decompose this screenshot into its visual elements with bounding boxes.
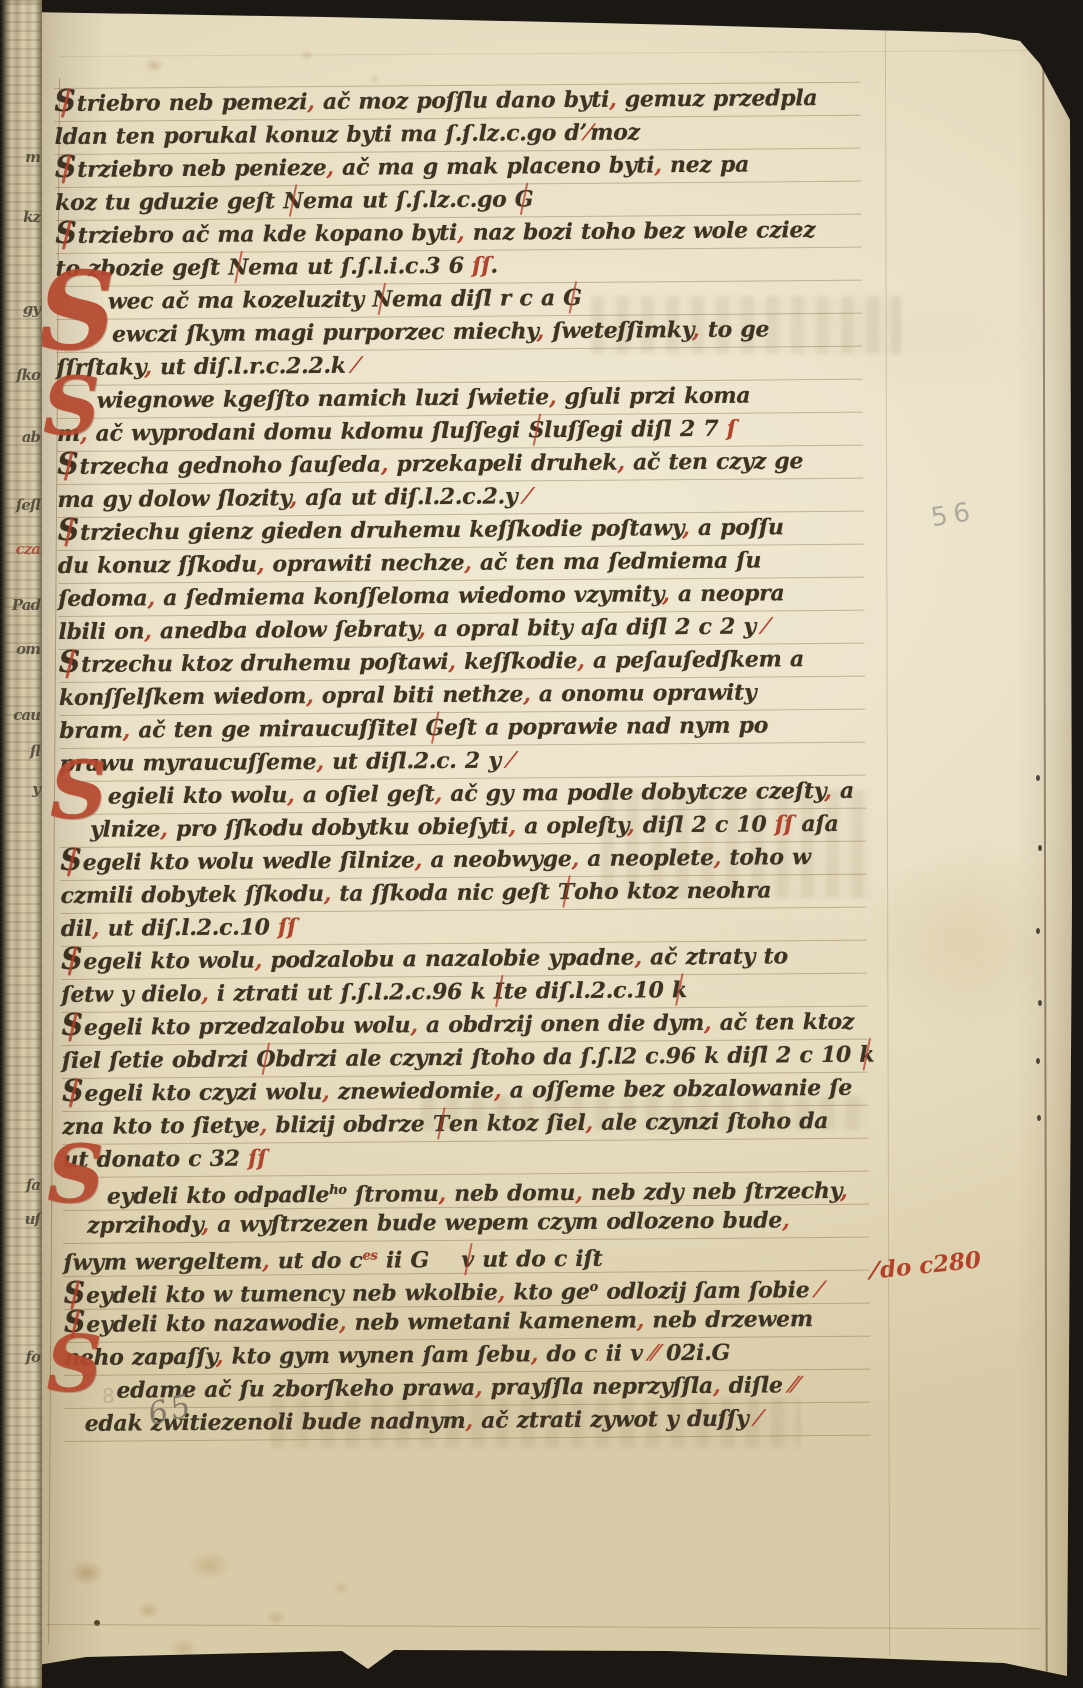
manuscript-lines: Striebro neb pemezi, ač moz poſſlu dano … [54, 82, 871, 1442]
script-text: te diſ.l.2.c.10 [504, 977, 672, 1004]
script-text: neb domu [446, 1180, 576, 1207]
script-text: S [57, 452, 79, 478]
script-text: ta ſſkoda nic geſt [331, 879, 558, 907]
script-text: trziebro neb penieze [77, 155, 326, 183]
edge-text-fragment: uſ [25, 1210, 40, 1228]
script-text: a neoplete [579, 845, 714, 872]
script-text: pro ſſkodu dobytku obieſyti [167, 813, 508, 842]
script-text: ut do c iſt [474, 1246, 603, 1273]
script-text: diſl 2 c 10 [634, 811, 774, 838]
script-text: ii G [377, 1247, 429, 1273]
script-text: oprawiti nechze [264, 550, 464, 578]
script-text: ldan ten porukal konuz byti ma ſ.ſ.lz.c.… [54, 120, 586, 150]
script-text: eydeli kto odpadle [107, 1182, 330, 1210]
edge-text-fragment: fo [26, 1348, 40, 1366]
script-text: neb wmetani kamenem [346, 1307, 637, 1335]
script-text: a ſedmiema konſſeloma wiedomo vzymity [155, 581, 663, 611]
rubric-mark: ſſ [472, 253, 491, 279]
script-text: S [58, 518, 80, 544]
script-text: edak zwitiezenoli bude nadnym [85, 1408, 466, 1437]
script-text: toho w [721, 844, 811, 871]
script-text: S [55, 221, 77, 247]
edge-text-fragment: ſeſl [16, 496, 40, 514]
script-text: oho ktoz neohra [574, 877, 771, 905]
script-text: ma gy dolow ſlozity [57, 485, 289, 513]
script-text [429, 1247, 462, 1273]
script-text: a oſſeme bez obzalowanie ſe [501, 1075, 852, 1104]
script-text: i ztrati ut ſ.ſ.l.2.c.96 k [208, 979, 493, 1007]
script-text: a opleſty [516, 813, 627, 840]
manuscript-line: eydeli kto odpadleho ſtromu, neb domu, n… [63, 1171, 869, 1210]
script-text: egeli kto przedzalobu wolu [84, 1012, 411, 1041]
script-text: wec ač ma kozeluzity [108, 287, 373, 315]
script-text: keſſkodie [456, 648, 578, 675]
script-text: moz [590, 119, 640, 145]
script-text: T [433, 1109, 449, 1139]
edge-text-fragment: Pad [12, 596, 40, 614]
script-text: trziebro ač ma kde kopano byti [78, 220, 457, 249]
script-text: ač moz poſſlu dano byti [315, 87, 610, 115]
script-text: dil [61, 916, 92, 942]
rubric-mark: ſſ [775, 811, 794, 837]
script-text: du konuz ſſkodu [58, 551, 257, 579]
script-text: a poſſu [689, 514, 783, 541]
illuminated-initial: S [46, 1326, 103, 1404]
script-text: anedba dolow ſebraty [151, 616, 418, 644]
ghost-numeral: 8 [102, 1384, 115, 1408]
rubric-mark: ⁄ [756, 613, 768, 639]
script-text: ſtromu [347, 1181, 439, 1208]
script-text: T [558, 877, 574, 907]
rubric-mark: ⁄ [501, 747, 513, 773]
script-text: ač gy ma podle dobytcze czeſty [442, 778, 824, 807]
script-text: N [228, 253, 248, 283]
script-text: opral biti nethze [313, 681, 523, 709]
script-text: S [59, 650, 81, 676]
edge-text-fragment: ab [22, 428, 40, 446]
script-text: N [372, 284, 392, 314]
script-text: G [563, 283, 582, 313]
script-text: podzalobu a nazalobie ypadne [262, 944, 635, 973]
script-text: trzecha gednoho ſauſeda [79, 451, 380, 479]
script-text: ſedoma [58, 585, 147, 612]
script-text: en ktoz ſiel [449, 1110, 586, 1137]
rubric-mark: ⁄ [748, 1406, 760, 1432]
script-text: ač ztrati zywot y duſſy [473, 1406, 749, 1434]
edge-text-fragment: ſa [26, 1176, 40, 1194]
script-text: blizij obdrze [267, 1111, 433, 1138]
book-fore-edge: mkzgyſkoabſeſlczaPadomcauſlyſauſfo [0, 0, 42, 1688]
rubric-mark: ⁄ [526, 483, 530, 509]
illuminated-initial: S [38, 258, 117, 367]
manuscript-photograph: { "colors": { "red": "#b0452e", "ink": "… [0, 0, 1083, 1688]
script-text: gemuz przedpla [616, 85, 817, 113]
script-text: S [64, 1281, 86, 1307]
illuminated-initial: S [42, 366, 100, 446]
script-text: v [461, 1245, 474, 1275]
script-text: bram [59, 718, 123, 744]
edge-text-fragment: cau [13, 706, 40, 724]
script-text: a peſauſedſkem a [584, 646, 804, 674]
script-text: ač ma g mak placeno byti [334, 152, 655, 181]
rubric-mark: , [840, 1178, 848, 1204]
script-text: a wyſtrzezen bude wepem czym odlozeno bu… [209, 1207, 782, 1238]
script-text: to ge [699, 316, 769, 343]
script-text: k [672, 975, 687, 1005]
script-text: a [831, 778, 854, 804]
script-text: lbili on [58, 618, 144, 645]
rubric-mark: ⁄⁄ [791, 1372, 798, 1398]
script-text: ač ten ktoz [711, 1009, 854, 1036]
script-text: koz tu gduzie geſt [55, 188, 283, 216]
script-text: ho [329, 1183, 347, 1198]
edge-text-fragment: ſl [30, 742, 40, 760]
illuminated-initial: S [49, 750, 107, 830]
script-text: ač ztraty to [642, 943, 788, 970]
edge-text-fragment: gy [23, 300, 40, 318]
script-text: nez pa [662, 152, 750, 179]
script-text: egeli kto czyzi wolu [84, 1079, 322, 1107]
script-text: gſuli przi koma [556, 383, 750, 411]
script-text: konſſelſkem wiedom [59, 683, 306, 711]
script-text: ut diſ.l.r.c.2.2.k [152, 353, 346, 381]
script-text: ut diſ.l.2.c.10 [99, 914, 278, 941]
script-text: luſſegi diſl 2 7 [544, 416, 727, 443]
edge-text-fragment: om [16, 640, 40, 658]
script-text: G [425, 713, 444, 743]
script-text: neb drzewem [644, 1306, 813, 1333]
script-text: k [859, 1040, 874, 1070]
script-text: a opral bity aſa diſl 2 c 2 y [425, 614, 756, 643]
script-text: a neobwyge [422, 846, 572, 873]
script-text: O [256, 1044, 275, 1074]
script-text: prayſſla neprzyſſla [482, 1373, 713, 1401]
script-text: S [61, 1013, 83, 1039]
script-text: a onomu oprawity [530, 680, 756, 708]
text-block: Striebro neb pemezi, ač moz poſſlu dano … [54, 0, 1067, 1688]
rubric-mark: ſ [727, 416, 736, 442]
script-text: eydeli kto nazawodie [86, 1310, 339, 1338]
script-text: ema ut ſ.ſ.l.i.c.3 6 [248, 253, 472, 281]
illuminated-initial: S [46, 1134, 104, 1214]
script-text: a obdrzij onen die dym [418, 1010, 705, 1038]
script-text: es [362, 1249, 377, 1264]
rubric-mark: ſſ [278, 914, 297, 940]
script-text: 02i.G [658, 1340, 730, 1367]
script-text: kto gym wynen ſam ſebu [223, 1341, 531, 1369]
rubric-mark: , [782, 1207, 790, 1233]
script-text: trziechu gienz gieden druhemu keſſkodie … [80, 515, 682, 546]
script-text: naz bozi toho bez wole cziez [464, 217, 815, 246]
script-text: ut diſl.2.c. 2 y [324, 748, 501, 775]
edge-text-fragment: cza [16, 540, 40, 558]
script-text: kto ge [505, 1279, 590, 1306]
manuscript-line: Seydeli kto w tumency neb wkolbie, kto g… [64, 1270, 870, 1309]
script-text: a neopra [669, 580, 784, 607]
script-text: S [61, 947, 83, 973]
script-text: ač ten ge miraucuſſitel [130, 715, 426, 743]
script-text: I [494, 977, 504, 1007]
script-text: wiegnowe kgeſſto namich luzi ſwietie [97, 384, 549, 414]
script-text: przekapeli druhek [388, 450, 617, 478]
script-text: ač ten czyz ge [625, 448, 804, 475]
script-text: eſt a poprawie nad nym po [444, 712, 768, 741]
script-text: a oſiel geſt [294, 781, 434, 808]
manuscript-page: Striebro neb pemezi, ač moz poſſlu dano … [26, 0, 1076, 1688]
script-text: S [54, 89, 76, 115]
script-text: aſa [793, 811, 839, 837]
rubric-mark: ⁄ [809, 1277, 821, 1303]
script-text: S [60, 848, 82, 874]
script-text: G [515, 184, 534, 214]
script-text: ač wyprodani domu kdomu ſluſſegi [87, 417, 528, 446]
script-text: do c ii v [538, 1340, 651, 1367]
script-text: ač ten ma ſedmiema ſu [471, 547, 761, 575]
script-text: ſetw y dielo [61, 981, 201, 1008]
script-text: ut do c [269, 1248, 362, 1275]
script-text: ſiel ſetie obdrzi [62, 1046, 257, 1074]
script-text: egieli kto wolu [108, 782, 288, 809]
script-text: ema diſl r c a [392, 285, 563, 312]
script-text: S [55, 155, 77, 181]
script-text: ale czynzi ſtoho da [593, 1108, 829, 1136]
script-text: S [528, 415, 544, 445]
script-text: . [490, 253, 498, 279]
script-text: trzechu ktoz druhemu poſtawi [81, 649, 448, 678]
script-text: S [62, 1079, 84, 1105]
script-text: egeli kto wolu [83, 947, 254, 974]
script-text: czmili dobytek ſſkodu [60, 881, 323, 909]
edge-text-fragment: ſko [16, 366, 40, 384]
script-text: ſwym wergeltem [63, 1248, 262, 1276]
script-text: ſweteſſimky [544, 317, 692, 344]
edge-text-fragment: kz [23, 208, 40, 226]
edge-text-fragment: m [25, 148, 40, 166]
rubric-mark: ſſ [248, 1145, 267, 1171]
script-text: eydeli kto w tumency neb wkolbie [86, 1280, 498, 1309]
script-text: znewiedomie [329, 1078, 494, 1105]
script-text: aſa ut diſ.l.2.c.2.y [297, 483, 526, 511]
rubric-mark: ⁄ [346, 353, 358, 379]
script-text: egeli kto wolu wedle ſilnize [83, 847, 415, 876]
script-text: ema ut ſ.ſ.lz.c.go [303, 186, 515, 214]
script-text: neb zdy neb ſtrzechy [582, 1178, 840, 1206]
script-text: ewczi ſkym magi purporzec miechy [112, 318, 537, 347]
script-text: diſle [720, 1372, 791, 1399]
script-text: odlozij ſam ſobie [598, 1277, 810, 1305]
script-text: N [283, 186, 303, 216]
script-text: triebro neb pemezi [77, 89, 308, 117]
edge-text-fragment: y [32, 780, 40, 798]
script-text: bdrzi ale czynzi ſtoho da ſ.ſ.l2 c.96 k … [275, 1042, 859, 1073]
